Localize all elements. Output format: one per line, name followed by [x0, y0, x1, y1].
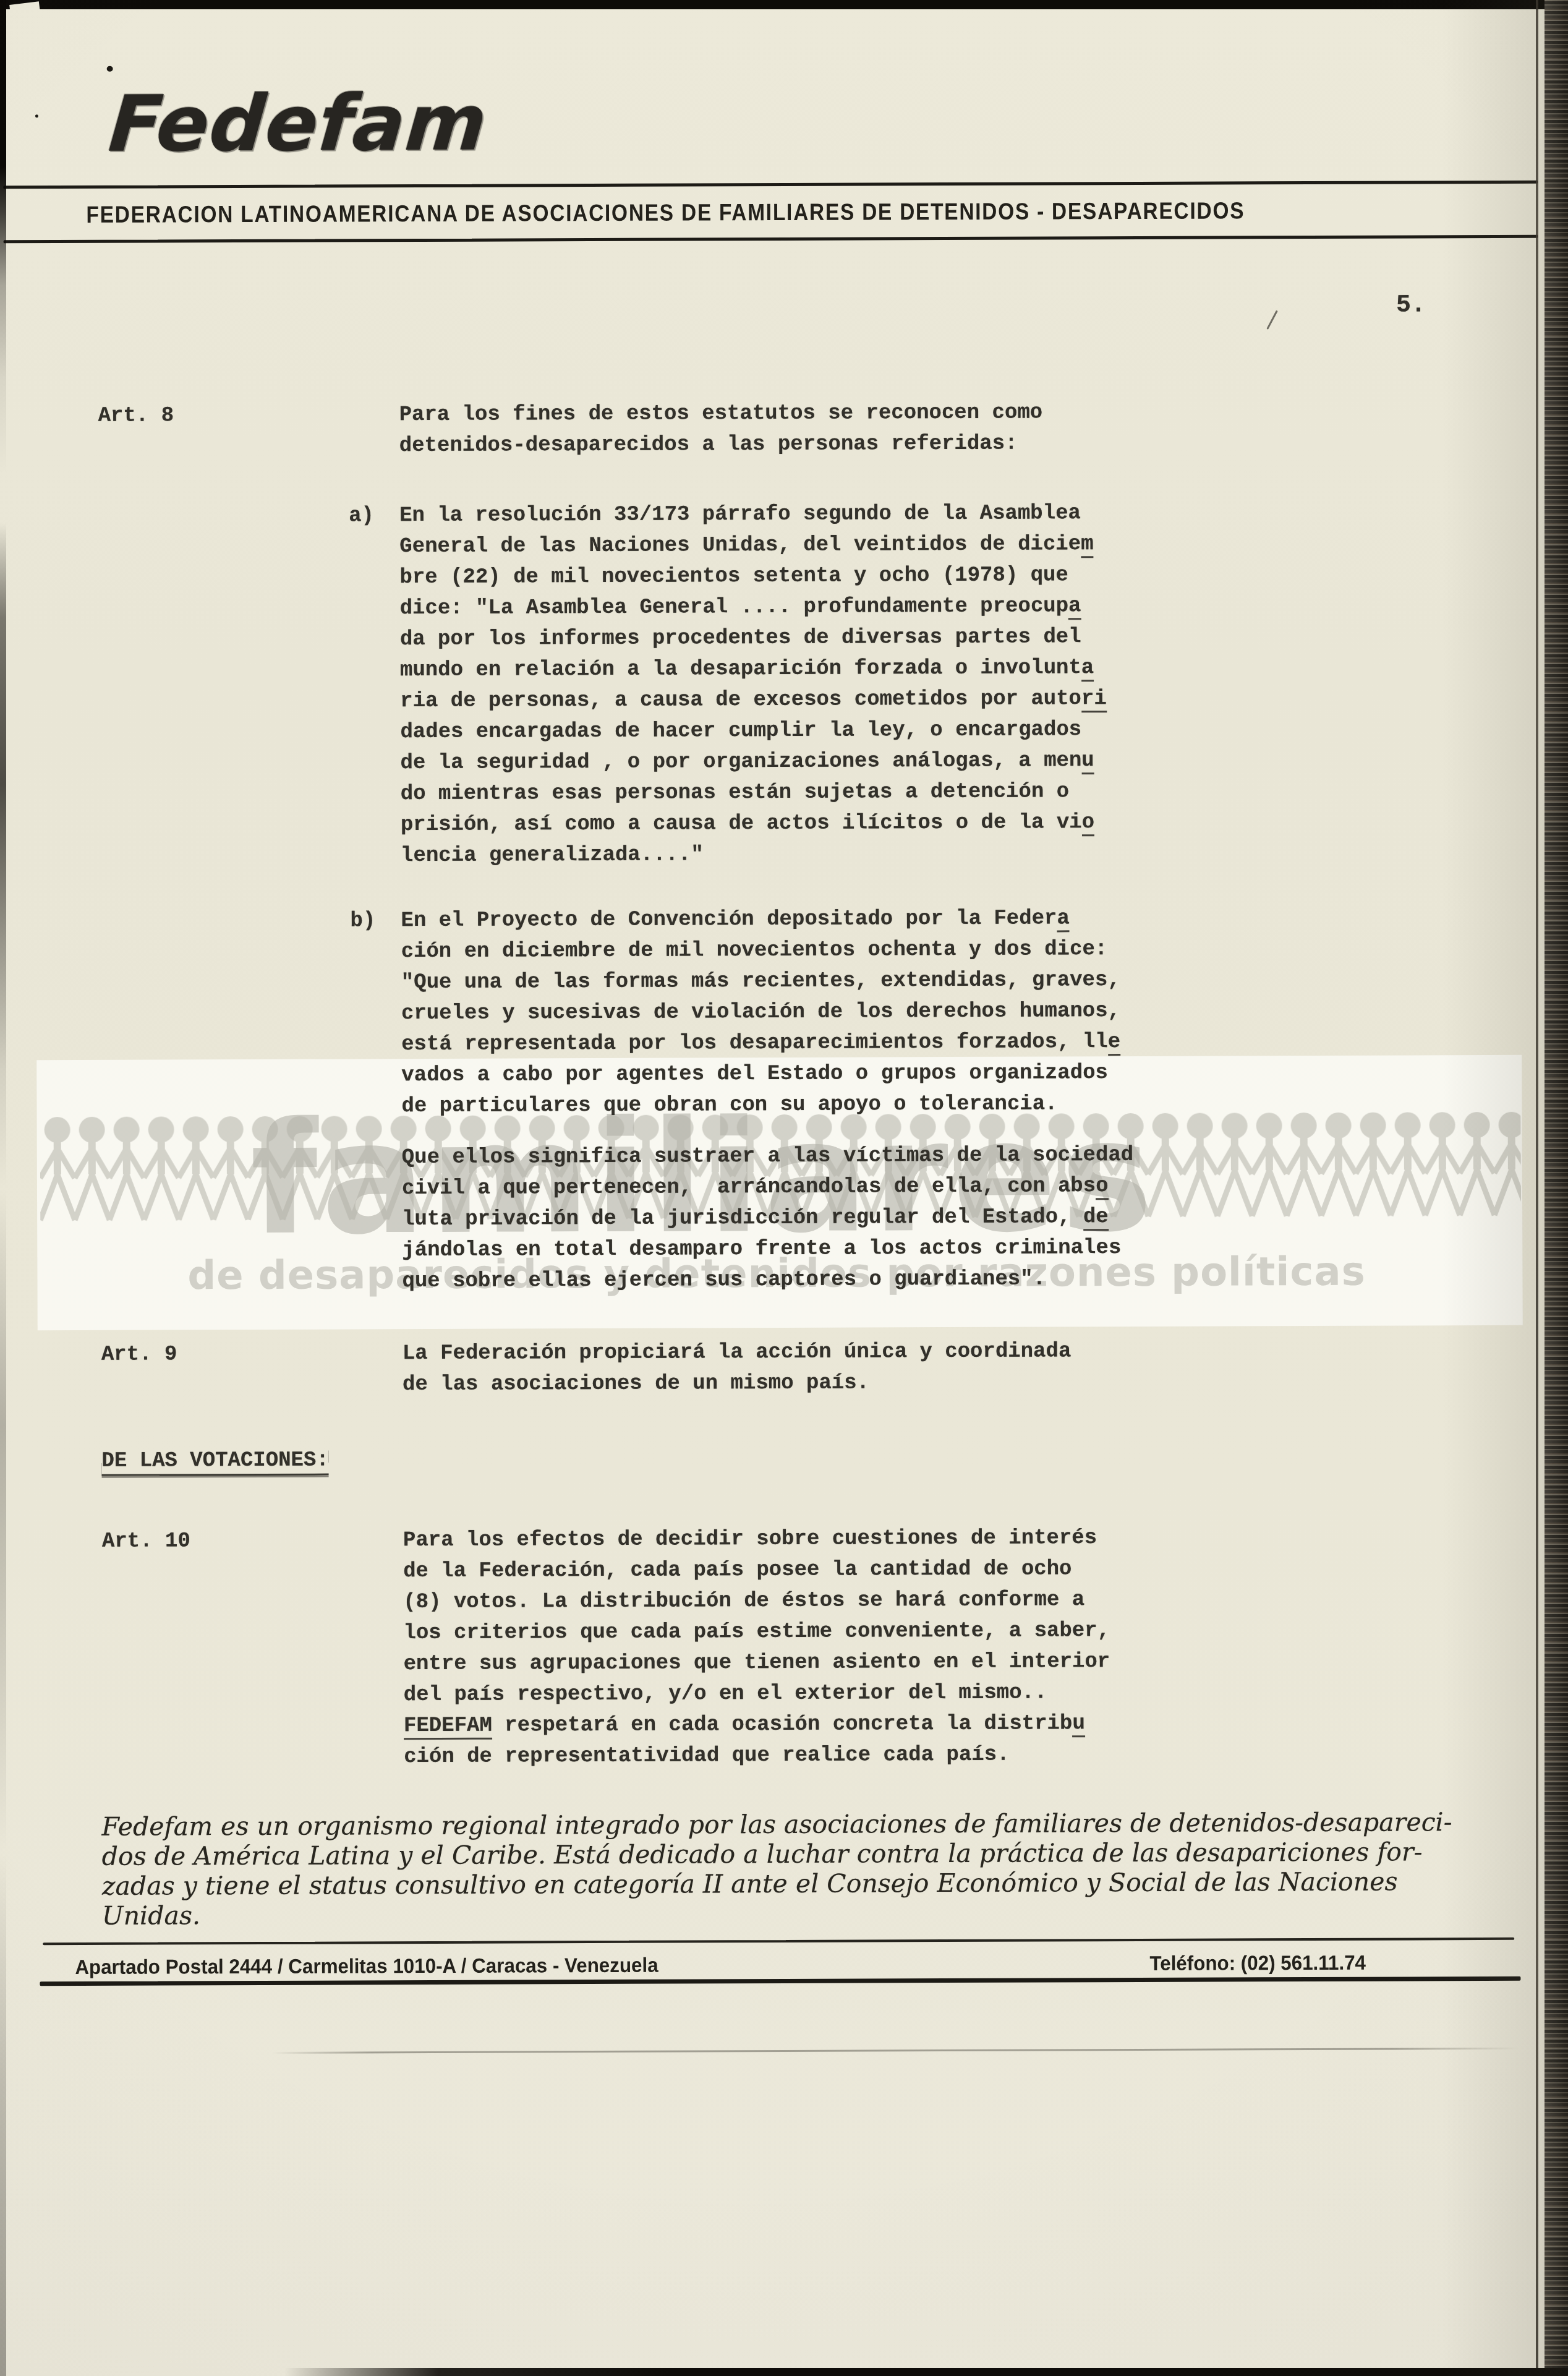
- ink-speck: [35, 114, 38, 118]
- text-line: lencia generalizada....": [401, 838, 1107, 871]
- scan-artifact-line: [272, 2048, 1518, 2054]
- text-line: del país respectivo, y/o en el exterior …: [404, 1677, 1110, 1711]
- ink-speck: [107, 66, 113, 72]
- item-b-marker: b): [350, 905, 375, 936]
- document-sheet: Fedefam FEDERACION LATINOAMERICANA DE AS…: [0, 0, 1568, 2376]
- text-line: prisión, así como a causa de actos ilíci…: [401, 807, 1107, 840]
- page-edge-right-texture: [1545, 0, 1568, 2376]
- text-line: Que ellos significa sustraer a las vícti…: [402, 1140, 1134, 1173]
- article-9-label: Art. 9: [101, 1339, 177, 1370]
- item-b2-text: Que ellos significa sustraer a las vícti…: [402, 1140, 1134, 1297]
- text-line: que sobre ellas ejercen sus captores o g…: [402, 1263, 1134, 1297]
- text-line: luta privación de la jurisdicción regula…: [402, 1202, 1134, 1235]
- article-10-label: Art. 10: [102, 1526, 190, 1557]
- text-line: crueles y sucesivas de violación de los …: [401, 996, 1120, 1029]
- article-8: Art. 8 Para los fines de estos estatutos…: [399, 398, 1043, 462]
- text-line: General de las Naciones Unidas, del vein…: [399, 529, 1106, 562]
- fedefam-logo: Fedefam: [106, 79, 491, 169]
- text-line: entre sus agrupaciones que tienen asient…: [404, 1646, 1110, 1680]
- article-9-text: La Federación propiciará la acción única…: [403, 1336, 1072, 1400]
- article-8-item-a: a) En la resolución 33/173 párrafo segun…: [399, 498, 1107, 871]
- item-b-text: En el Proyecto de Convención depositado …: [401, 903, 1120, 1122]
- text-line: de particulares que obran con su apoyo o…: [401, 1088, 1120, 1122]
- text-line: zadas y tiene el status consultivo en ca…: [102, 1866, 1452, 1901]
- footer-address: Apartado Postal 2444 / Carmelitas 1010-A…: [75, 1952, 658, 1981]
- text-line: de la Federación, cada país posee la can…: [403, 1553, 1110, 1587]
- text-line: detenidos-desaparecidos a las personas r…: [399, 429, 1043, 462]
- text-line: ción en diciembre de mil novecientos och…: [401, 934, 1120, 967]
- scanned-document: { "colors":{"paper":"#eae7d7","ink":"#32…: [0, 0, 1568, 2376]
- text-line: (8) votos. La distribución de éstos se h…: [403, 1584, 1110, 1618]
- text-line: bre (22) de mil novecientos setenta y oc…: [399, 560, 1106, 593]
- item-a-text: En la resolución 33/173 párrafo segundo …: [399, 498, 1107, 871]
- article-10: Art. 10 Para los efectos de decidir sobr…: [403, 1523, 1110, 1772]
- text-line: civil a que pertenecen, arráncandolas de…: [402, 1171, 1134, 1204]
- header-rule-bottom: [4, 235, 1538, 244]
- text-line: de las asociaciones de un mismo país.: [403, 1367, 1072, 1400]
- item-a-marker: a): [349, 500, 374, 531]
- footer-about: Fedefam es un organismo regional integra…: [101, 1807, 1452, 1931]
- text-line: está representada por los desaparecimien…: [401, 1027, 1120, 1060]
- footer-rule-top: [43, 1938, 1514, 1945]
- article-8-item-b: b) En el Proyecto de Convención deposita…: [401, 903, 1120, 1122]
- text-line: La Federación propiciará la acción única…: [403, 1336, 1072, 1369]
- page-edge-top: [0, 0, 1568, 9]
- text-line: los criterios que cada país estime conve…: [403, 1615, 1110, 1649]
- section-heading: DE LAS VOTACIONES:: [101, 1445, 328, 1477]
- text-line: Fedefam es un organismo regional integra…: [101, 1807, 1452, 1842]
- page-number: 5.: [1396, 291, 1426, 319]
- text-line: de la seguridad , o por organizaciones a…: [400, 745, 1107, 779]
- page-edge-left: [0, 0, 6, 2376]
- article-8-item-b-continued: Que ellos significa sustraer a las vícti…: [402, 1140, 1134, 1297]
- text-line: dice: "La Asamblea General .... profunda…: [400, 591, 1107, 624]
- article-9: Art. 9 La Federación propiciará la acció…: [403, 1336, 1072, 1400]
- article-10-text: Para los efectos de decidir sobre cuesti…: [403, 1523, 1110, 1772]
- text-line: da por los informes procedentes de diver…: [400, 622, 1107, 655]
- text-line: FEDEFAM respetará en cada ocasión concre…: [404, 1708, 1110, 1741]
- text-line: En la resolución 33/173 párrafo segundo …: [399, 498, 1106, 531]
- letterhead-caption: FEDERACION LATINOAMERICANA DE ASOCIACION…: [86, 195, 1245, 231]
- text-line: ria de personas, a causa de excesos come…: [400, 683, 1107, 717]
- page-edge-bottom: [284, 2368, 1568, 2376]
- text-line: Para los efectos de decidir sobre cuesti…: [403, 1523, 1110, 1556]
- text-line: ción de representatividad que realice ca…: [404, 1739, 1110, 1772]
- text-line: mundo en relación a la desaparición forz…: [400, 652, 1107, 686]
- text-line: dos de América Latina y el Caribe. Está …: [102, 1837, 1452, 1871]
- pen-mark: [1266, 310, 1278, 329]
- header-rule-top: [3, 181, 1538, 189]
- page-edge-right-line: [1536, 0, 1538, 2376]
- text-line: vados a cabo por agentes del Estado o gr…: [401, 1058, 1120, 1091]
- text-line: En el Proyecto de Convención depositado …: [401, 903, 1120, 936]
- article-8-label: Art. 8: [98, 400, 174, 431]
- text-line: "Que una de las formas más recientes, ex…: [401, 965, 1120, 998]
- text-line: do mientras esas personas están sujetas …: [401, 776, 1107, 810]
- text-line: Unidas.: [102, 1896, 1452, 1931]
- text-line: jándolas en total desamparo frente a los…: [402, 1233, 1134, 1266]
- text-line: Para los fines de estos estatutos se rec…: [399, 398, 1043, 431]
- footer-address-row: Apartado Postal 2444 / Carmelitas 1010-A…: [6, 1949, 1568, 1981]
- article-8-text: Para los fines de estos estatutos se rec…: [399, 398, 1043, 462]
- footer-phone: Teléfono: (02) 561.11.74: [1149, 1949, 1366, 1977]
- text-line: dades encargadas de hacer cumplir la ley…: [400, 714, 1107, 748]
